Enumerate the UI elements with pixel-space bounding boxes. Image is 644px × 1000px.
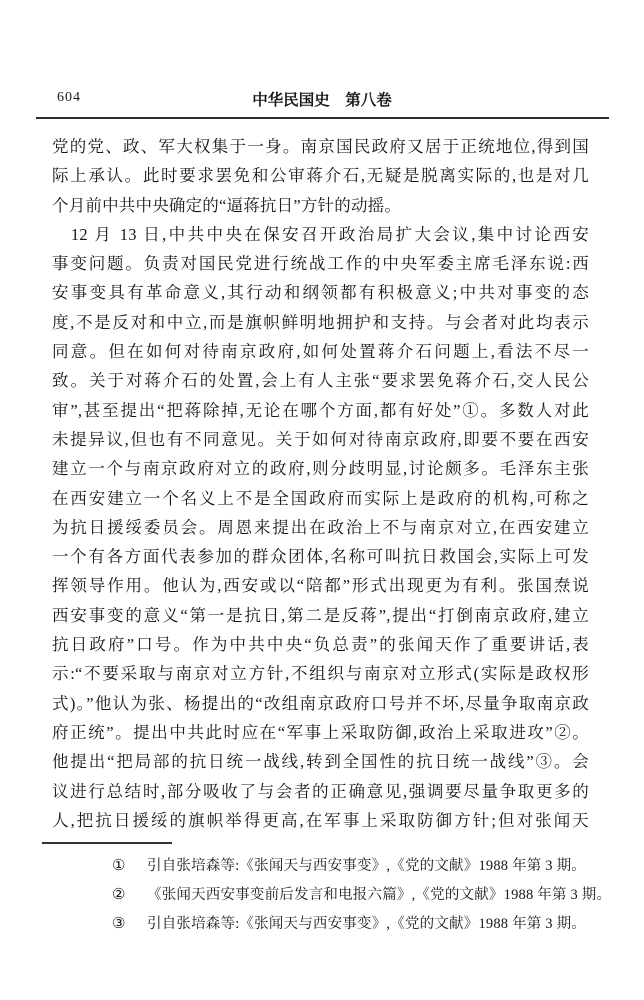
body-text: 党的党、政、军大权集于一身。南京国民政府又居于正统地位,得到国际上承认。此时要求…	[52, 132, 589, 835]
body-text-line: 安事变具有革命意义,其行动和纲领都有积极意义;中共对事变的态	[52, 278, 589, 307]
body-text-line: 事变问题。负责对国民党进行统战工作的中央军委主席毛泽东说:西	[52, 249, 589, 278]
body-text-line: 抗日政府”口号。作为中共中央“负总责”的张闻天作了重要讲话,表	[52, 630, 589, 659]
body-text-line: 度,不是反对和中立,而是旗帜鲜明地拥护和支持。与会者对此均表示	[52, 308, 589, 337]
header-divider-rule	[36, 117, 609, 119]
body-text-line: 府正统”。提出中共此时应在“军事上采取防御,政治上采取进攻”②。	[52, 718, 589, 747]
footnote-item: ③引自张培森等:《张闻天与西安事变》,《党的文献》1988 年第 3 期。	[112, 910, 612, 939]
book-title: 中华民国史 第八卷	[36, 88, 608, 110]
body-text-line: 审”,甚至提出“把蒋除掉,无论在哪个方面,都有好处”①。多数人对此	[52, 396, 589, 425]
body-text-line: 西安事变的意义“第一是抗日,第二是反蒋”,提出“打倒南京政府,建立	[52, 601, 589, 630]
body-text-line: 为抗日援绥委员会。周恩来提出在政治上不与南京对立,在西安建立	[52, 513, 589, 542]
body-text-line: 建立一个与南京政府对立的政府,则分歧明显,讨论颇多。毛泽东主张	[52, 454, 589, 483]
body-text-line: 党的党、政、军大权集于一身。南京国民政府又居于正统地位,得到国	[52, 132, 589, 161]
body-text-line: 式)。”他认为张、杨提出的“改组南京政府口号并不坏,尽量争取南京政	[52, 689, 589, 718]
body-text-line: 12 月 13 日,中共中央在保安召开政治局扩大会议,集中讨论西安	[52, 220, 589, 249]
footnote-text: 引自张培森等:《张闻天与西安事变》,《党的文献》1988 年第 3 期。	[147, 910, 612, 939]
body-text-line: 致。关于对蒋介石的处置,会上有人主张“要求罢免蒋介石,交人民公	[52, 366, 589, 395]
body-text-line: 挥领导作用。他认为,西安或以“陪都”形式出现更为有利。张国焘说	[52, 571, 589, 600]
body-text-line: 在西安建立一个名义上不是全国政府而实际上是政府的机构,可称之	[52, 484, 589, 513]
body-text-line: 未提异议,但也有不同意见。关于如何对待南京政府,即要不要在西安	[52, 425, 589, 454]
body-text-line: 际上承认。此时要求罢免和公审蒋介石,无疑是脱离实际的,也是对几	[52, 161, 589, 190]
body-text-line: 个月前中共中央确定的“逼蒋抗日”方针的动摇。	[52, 191, 589, 220]
footnote-marker: ②	[112, 881, 132, 910]
body-text-line: 示:“不要采取与南京对立方针,不组织与南京对立形式(实际是政权形	[52, 659, 589, 688]
footnote-item: ②《张闻天西安事变前后发言和电报六篇》,《党的文献》1988 年第 3 期。	[112, 881, 612, 910]
running-header: 604 中华民国史 第八卷	[36, 88, 608, 112]
footnote-marker: ①	[112, 852, 132, 881]
body-text-line: 同意。但在如何对待南京政府,如何处置蒋介石问题上,看法不尽一	[52, 337, 589, 366]
footnote-item: ①引自张培森等:《张闻天与西安事变》,《党的文献》1988 年第 3 期。	[112, 852, 612, 881]
body-text-line: 他提出“把局部的抗日统一战线,转到全国性的抗日统一战线”③。会	[52, 747, 589, 776]
body-text-line: 人,把抗日援绥的旗帜举得更高,在军事上采取防御方针;但对张闻天	[52, 806, 589, 835]
body-text-line: 一个有各方面代表参加的群众团体,名称可叫抗日救国会,实际上可发	[52, 542, 589, 571]
footnotes: ①引自张培森等:《张闻天与西安事变》,《党的文献》1988 年第 3 期。②《张…	[112, 852, 612, 940]
footnote-text: 引自张培森等:《张闻天与西安事变》,《党的文献》1988 年第 3 期。	[147, 852, 612, 881]
body-text-line: 议进行总结时,部分吸收了与会者的正确意见,强调要尽量争取更多的	[52, 777, 589, 806]
book-page: 604 中华民国史 第八卷 党的党、政、军大权集于一身。南京国民政府又居于正统地…	[0, 0, 644, 1000]
footnote-text: 《张闻天西安事变前后发言和电报六篇》,《党的文献》1988 年第 3 期。	[147, 881, 612, 910]
footnote-divider-rule	[42, 842, 172, 844]
footnote-marker: ③	[112, 910, 132, 939]
